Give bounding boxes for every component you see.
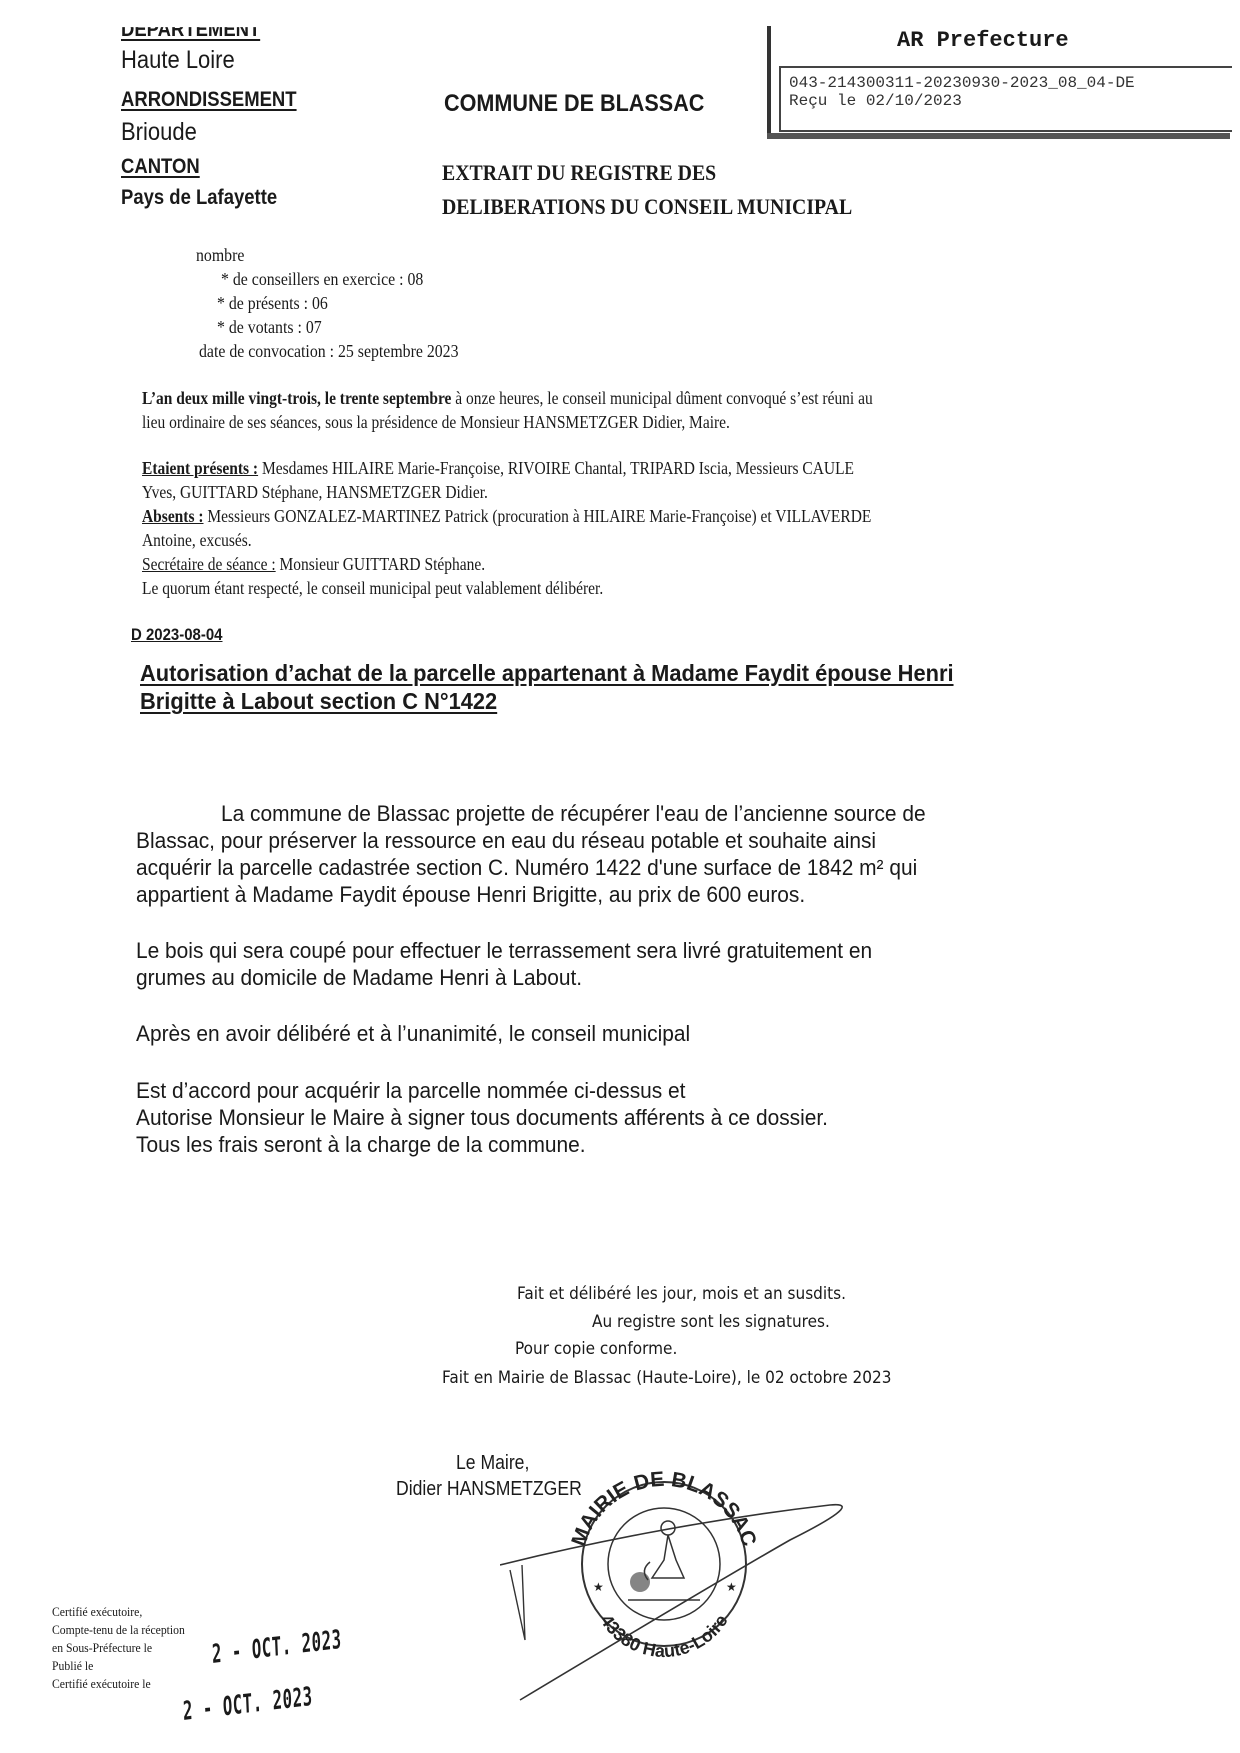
departement-label: DEPARTEMENT (121, 18, 260, 42)
canton-value: Pays de Lafayette (121, 186, 277, 210)
absents-names: Messieurs GONZALEZ-MARTINEZ Patrick (pro… (204, 506, 872, 526)
secretaire-line: Secrétaire de séance : Monsieur GUITTARD… (142, 552, 485, 576)
body-para1-line3: acquérir la parcelle cadastrée section C… (136, 854, 917, 881)
svg-text:★: ★ (593, 1580, 604, 1594)
extrait-title-line1: EXTRAIT DU REGISTRE DES (442, 156, 716, 190)
certification-line3: en Sous-Préfecture le (52, 1639, 152, 1657)
certification-line5: Certifié exécutoire le (52, 1675, 151, 1693)
ar-stamp-border-left (767, 26, 771, 138)
count-presents: * de présents : 06 (217, 291, 328, 315)
body-para4-line3: Tous les frais seront à la charge de la … (136, 1131, 586, 1158)
body-para1-line1: La commune de Blassac projette de récupé… (221, 800, 926, 827)
certification-line4: Publié le (52, 1657, 93, 1675)
absents-line1: Absents : Messieurs GONZALEZ-MARTINEZ Pa… (142, 504, 871, 528)
ar-stamp-received-date: Reçu le 02/10/2023 (789, 92, 962, 110)
presents-label: Etaient présents : (142, 458, 258, 478)
ar-stamp-inner-box: 043-214300311-20230930-2023_08_04-DE Reç… (779, 66, 1232, 132)
quorum-statement: Le quorum étant respecté, le conseil mun… (142, 576, 603, 600)
presents-line1: Etaient présents : Mesdames HILAIRE Mari… (142, 456, 854, 480)
mairie-seal-icon: MAIRIE DE BLASSAC 43380 Haute-Loire ★ ★ (500, 1450, 940, 1710)
canton-label: CANTON (121, 155, 200, 179)
ar-prefecture-stamp: AR Prefecture 043-214300311-20230930-202… (767, 26, 1240, 142)
closing-line4: Fait en Mairie de Blassac (Haute-Loire),… (442, 1368, 891, 1388)
arrondissement-label: ARRONDISSEMENT (121, 88, 297, 112)
certification-line2: Compte-tenu de la réception (52, 1621, 185, 1639)
ar-stamp-border-bottom (767, 133, 1230, 139)
session-intro-line2: lieu ordinaire de ses séances, sous la p… (142, 410, 730, 434)
closing-line2: Au registre sont les signatures. (592, 1312, 830, 1332)
count-votants: * de votants : 07 (217, 315, 322, 339)
deliberation-subject-line1: Autorisation d’achat de la parcelle appa… (140, 660, 954, 687)
body-para4-line1: Est d’accord pour acquérir la parcelle n… (136, 1077, 685, 1104)
ar-stamp-reference: 043-214300311-20230930-2023_08_04-DE (789, 74, 1135, 92)
secretaire-name: Monsieur GUITTARD Stéphane. (276, 554, 485, 574)
closing-line1: Fait et délibéré les jour, mois et an su… (517, 1284, 846, 1304)
certification-line1: Certifié exécutoire, (52, 1603, 142, 1621)
body-para2-line1: Le bois qui sera coupé pour effectuer le… (136, 937, 872, 964)
presents-line2: Yves, GUITTARD Stéphane, HANSMETZGER Did… (142, 480, 488, 504)
svg-text:★: ★ (726, 1580, 737, 1594)
reception-date-stamp: 2 - OCT. 2023 (211, 1625, 342, 1670)
absents-line2: Antoine, excusés. (142, 528, 252, 552)
closing-line3: Pour copie conforme. (515, 1339, 677, 1359)
count-conseillers: * de conseillers en exercice : 08 (221, 267, 423, 291)
session-intro-rest: à onze heures, le conseil municipal dûme… (451, 388, 872, 408)
body-para4-line2: Autorise Monsieur le Maire à signer tous… (136, 1104, 828, 1131)
ar-stamp-title: AR Prefecture (897, 28, 1069, 53)
body-para3: Après en avoir délibéré et à l’unanimité… (136, 1020, 690, 1047)
session-intro-bold: L’an deux mille vingt-trois, le trente s… (142, 388, 451, 408)
commune-title: COMMUNE DE BLASSAC (444, 90, 704, 118)
counts-heading: nombre (196, 243, 244, 267)
svg-text:43380 Haute-Loire: 43380 Haute-Loire (596, 1611, 731, 1661)
extrait-title-line2: DELIBERATIONS DU CONSEIL MUNICIPAL (442, 190, 852, 224)
secretaire-label: Secrétaire de séance : (142, 554, 276, 574)
presents-names: Mesdames HILAIRE Marie-Françoise, RIVOIR… (258, 458, 854, 478)
body-para1-line2: Blassac, pour préserver la ressource en … (136, 827, 876, 854)
deliberation-reference: D 2023-08-04 (131, 625, 222, 645)
executoire-date-stamp: 2 - OCT. 2023 (182, 1682, 313, 1727)
deliberation-subject-line2: Brigitte à Labout section C N°1422 (140, 688, 497, 715)
arrondissement-value: Brioude (121, 118, 197, 147)
body-para1-line4: appartient à Madame Faydit épouse Henri … (136, 881, 805, 908)
session-intro-line1: L’an deux mille vingt-trois, le trente s… (142, 386, 873, 410)
body-para2-line2: grumes au domicile de Madame Henri à Lab… (136, 964, 582, 991)
departement-value: Haute Loire (121, 46, 235, 75)
absents-label: Absents : (142, 506, 204, 526)
convocation-date: date de convocation : 25 septembre 2023 (199, 339, 459, 363)
